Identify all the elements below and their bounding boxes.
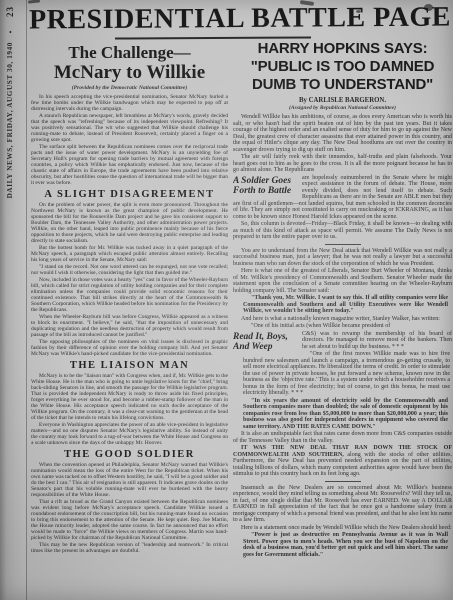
inset-heading-read-it: Read It, Boys,And Weep: [233, 332, 297, 353]
paragraph: Now, included in those votes was a heart…: [31, 277, 228, 313]
left-article-title-line1: The Challenge—: [31, 43, 228, 62]
left-article-credit: (Provided by the Democratic National Com…: [31, 85, 228, 91]
paragraph: The air will fairly reek with their innu…: [233, 154, 452, 174]
page-banner-title: PRESIDENTIAL BATTLE PAGE: [27, 2, 453, 37]
paragraph: So, this column is devoted—Friday—Black …: [233, 221, 452, 241]
margin-separator-dot: •: [9, 28, 12, 37]
quote-paragraph: "One of his initial acts (when Willkie b…: [243, 323, 450, 330]
newspaper-page: 23 • DAILY NEWS, FRIDAY, AUGUST 30, 1940…: [0, 0, 453, 600]
paragraph: It is also an undisputable fact that rat…: [233, 431, 452, 444]
section-divider: [325, 244, 361, 245]
right-headline-line1: HARRY HOPKINS SAYS:: [233, 40, 452, 58]
right-article: HARRY HOPKINS SAYS: "PUBLIC IS TOO DAMNE…: [233, 40, 452, 598]
right-headline-line2: "PUBLIC IS TOO DAMNED: [233, 58, 452, 76]
right-headline-line3: DUMB TO UNDERSTAND": [233, 76, 452, 94]
paragraph: But the hottest bomb for Mr. Willkie was…: [31, 245, 228, 263]
paragraph: That a rift as broad as the Grand Canyon…: [31, 499, 228, 541]
left-article: The Challenge— McNary to Willkie (Provid…: [31, 43, 228, 597]
paragraph: Here is what one of the greatest of Libe…: [233, 268, 452, 294]
page-number: 23: [5, 6, 15, 17]
paragraph: A staunch Republican newspaper, left bre…: [31, 113, 228, 143]
right-article-credit: (Assigned by Republican National Committ…: [233, 105, 452, 111]
quote-paragraph: "One of the first moves Willkie made was…: [243, 351, 450, 397]
quote-paragraph: "I stand on the record. Not one word utt…: [31, 264, 228, 276]
edition-date-line: DAILY NEWS, FRIDAY, AUGUST 30, 1940: [6, 42, 14, 198]
section-heading-good-soldier: THE GOOD SOLDIER: [31, 449, 228, 460]
paragraph: When the convention opened at Philadelph…: [31, 462, 228, 498]
paragraph: On the problem of water power, the split…: [31, 202, 228, 244]
paragraph: This may be the new Republican version o…: [31, 542, 228, 554]
paragraph: And here is what a nationally known maga…: [233, 316, 452, 323]
paragraph: You are to understand from the New Deal …: [233, 248, 452, 268]
left-margin-strip: 23 • DAILY NEWS, FRIDAY, AUGUST 30, 1940: [0, 0, 27, 600]
paragraph: When the Wheeler-Rayburn bill was before…: [31, 314, 228, 338]
inset-line: And Weep: [233, 342, 273, 352]
paragraph: Here is a statement once made by Wendell…: [233, 525, 452, 532]
paragraph: Inasmuch as the New Dealers are so conce…: [233, 485, 452, 524]
paragraph: Everyone in Washington appreciates the p…: [31, 422, 228, 446]
paragraph: Wendell Willkie has his ambitions, of co…: [233, 114, 452, 153]
inset-heading-soldier: A Soldier GoesForth to Battle: [233, 176, 297, 197]
paragraph: IT WAS THE NEW DEAL THAT RAN DOWN THE ST…: [233, 445, 452, 478]
right-article-byline: By CARLISLE BARGERON.: [233, 97, 452, 104]
quote-paragraph-wheeler: "Thank you, Mr. Willkie. I want to say t…: [243, 295, 448, 315]
section-heading-liaison-man: THE LIAISON MAN: [31, 360, 228, 371]
left-article-title-line2: McNary to Willkie: [31, 62, 228, 83]
paragraph-text: C&S) was to revamp the membership of his…: [302, 331, 452, 350]
section-heading-slight-disagreement: A SLIGHT DISAGREEMENT: [31, 189, 228, 200]
paragraph: McNary is to be the "liaison man" with C…: [31, 373, 228, 421]
paragraph: The opposing philosophies of the nominee…: [31, 339, 228, 357]
inset-line: Forth to Battle: [233, 186, 291, 196]
quote-paragraph-willkie: "Power is just as destructive on Pennsyl…: [243, 532, 448, 558]
section-divider: [325, 481, 361, 482]
scan-speck: [28, 0, 40, 4]
quote-paragraph-bold: "In six years the amount of electricity …: [243, 398, 448, 431]
paragraph-with-inset: A Soldier GoesForth to Battle are hopele…: [233, 175, 452, 221]
paragraph-with-inset: Read It, Boys,And Weep C&S) was to revam…: [233, 331, 452, 351]
paragraph: In his speech accepting the vice-preside…: [31, 94, 228, 112]
paragraph: The surface split between the Republican…: [31, 144, 228, 186]
inset-line: Read It, Boys,: [233, 332, 288, 342]
inset-line: A Soldier Goes: [233, 176, 291, 186]
